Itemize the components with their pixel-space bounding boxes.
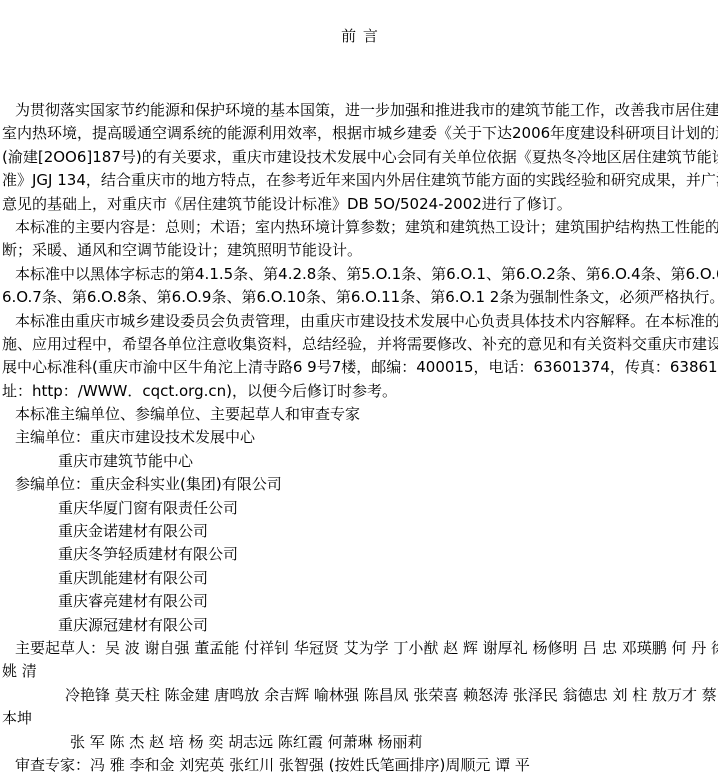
text-line: 断；采暖、通风和空调节能设计；建筑照明节能设计。 <box>2 239 718 262</box>
text-line: 址：http：/WWW．cqct.org.cn)，以便今后修订时参考。 <box>2 380 718 403</box>
page-title: 前 言 <box>2 26 718 46</box>
text-line: 本标准由重庆市城乡建设委员会负责管理，由重庆市建设技术发展中心负责具体技术内容解… <box>2 310 718 333</box>
document-body: 为贯彻落实国家节约能源和保护环境的基本国策，进一步加强和推进我市的建筑节能工作，… <box>2 99 718 777</box>
text-line: 本标准的主要内容是：总则；术语；室内热环境计算参数；建筑和建筑热工设计；建筑围护… <box>2 216 718 239</box>
text-line: 为贯彻落实国家节约能源和保护环境的基本国策，进一步加强和推进我市的建筑节能工作，… <box>2 99 718 122</box>
text-line: 本坤 <box>2 707 718 730</box>
text-line: 重庆凯能建材有限公司 <box>2 567 718 590</box>
text-line: 室内热环境，提高暖通空调系统的能源利用效率，根据市城乡建委《关于下达2006年度… <box>2 122 718 145</box>
text-line: 重庆冬笋轻质建材有限公司 <box>2 543 718 566</box>
text-line: 6.O.7条、第6.O.8条、第6.O.9条、第6.O.10条、第6.O.11条… <box>2 286 718 309</box>
text-line: 重庆睿亮建材有限公司 <box>2 590 718 613</box>
text-line: 展中心标准科(重庆市渝中区牛角沱上清寺路6 9号7楼，邮编：400015，电话：… <box>2 356 718 379</box>
text-line: 重庆华厦门窗有限责任公司 <box>2 497 718 520</box>
text-line: 重庆市建筑节能中心 <box>2 450 718 473</box>
text-line: (渝建[2OO6]187号)的有关要求，重庆市建设技术发展中心会同有关单位依据《… <box>2 146 718 169</box>
text-line: 重庆源冠建材有限公司 <box>2 614 718 637</box>
text-line: 准》JGJ 134，结合重庆市的地方特点，在参考近年来国内外居住建筑节能方面的实… <box>2 169 718 192</box>
text-line: 本标准主编单位、参编单位、主要起草人和审查专家 <box>2 403 718 426</box>
text-line: 意见的基础上，对重庆市《居住建筑节能设计标准》DB 5O/5024-2002进行… <box>2 193 718 216</box>
text-line: 主要起草人：吴 波 谢自强 董孟能 付祥钊 华冠贤 艾为学 丁小猷 赵 辉 谢厚… <box>2 637 718 660</box>
document-page: 前 言 为贯彻落实国家节约能源和保护环境的基本国策，进一步加强和推进我市的建筑节… <box>0 26 720 777</box>
text-line: 姚 清 <box>2 660 718 683</box>
text-line: 审查专家：冯 雅 李和金 刘宪英 张红川 张智强 (按姓氏笔画排序)周顺元 谭 … <box>2 754 718 777</box>
text-line: 本标准中以黑体字标志的第4.1.5条、第4.2.8条、第5.O.1条、第6.O.… <box>2 263 718 286</box>
text-line: 张 军 陈 杰 赵 培 杨 奕 胡志远 陈红霞 何萧琳 杨丽莉 <box>2 731 718 754</box>
text-line: 施、应用过程中，希望各单位注意收集资料，总结经验，并将需要修改、补充的意见和有关… <box>2 333 718 356</box>
text-line: 主编单位：重庆市建设技术发展中心 <box>2 426 718 449</box>
text-line: 冷艳锋 莫天柱 陈金建 唐鸣放 余吉辉 喻林强 陈昌凤 张荣喜 赖怒涛 张泽民 … <box>2 684 718 707</box>
text-line: 重庆金诺建材有限公司 <box>2 520 718 543</box>
text-line: 参编单位：重庆金科实业(集团)有限公司 <box>2 473 718 496</box>
